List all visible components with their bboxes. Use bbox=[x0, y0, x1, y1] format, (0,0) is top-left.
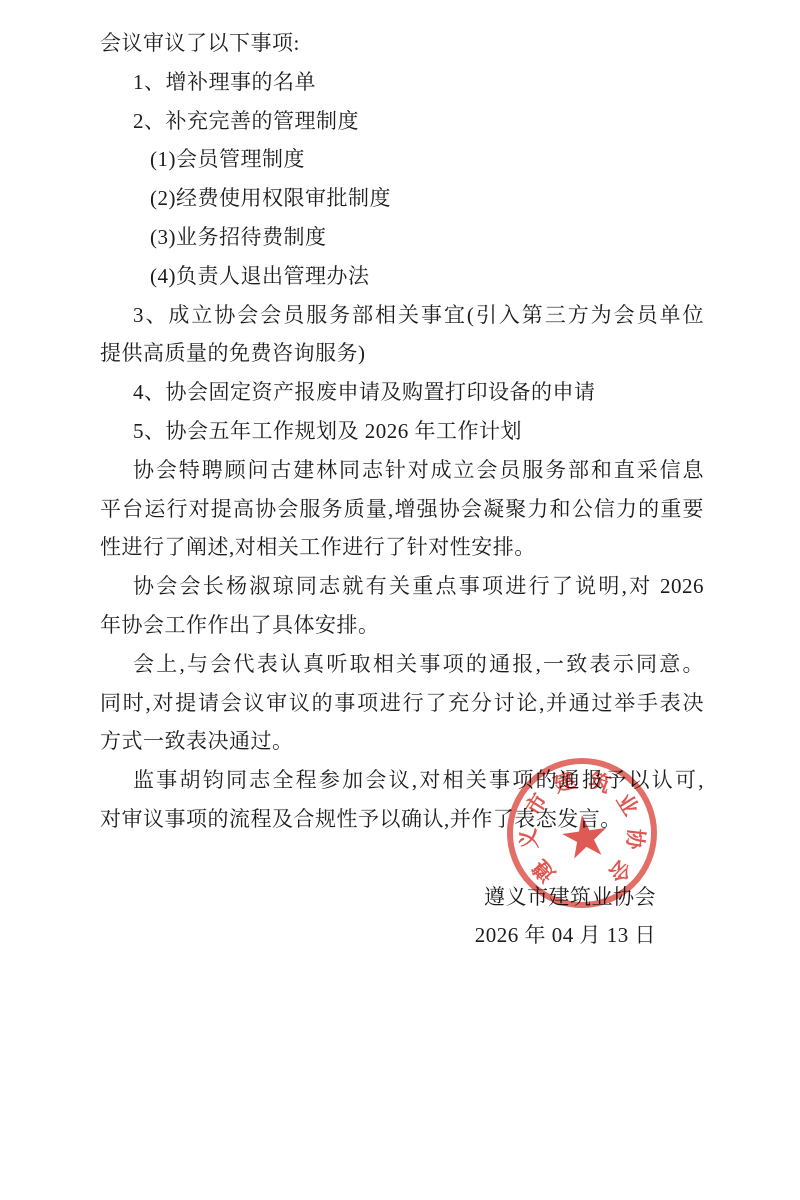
text-line: 同时,对提请会议审议的事项进行了充分讨论,并通过举手表决 bbox=[100, 684, 704, 723]
text-line: 平台运行对提高协会服务质量,增强协会凝聚力和公信力的重要 bbox=[100, 490, 704, 529]
text-line: (2)经费使用权限审批制度 bbox=[100, 179, 704, 218]
text-line: 监事胡钧同志全程参加会议,对相关事项的通报予以认可, bbox=[100, 761, 704, 800]
document-body: 会议审议了以下事项: 1、增补理事的名单 2、补充完善的管理制度 (1)会员管理… bbox=[100, 24, 704, 955]
text-line: 2、补充完善的管理制度 bbox=[100, 102, 704, 141]
text-line: 年协会工作作出了具体安排。 bbox=[100, 606, 704, 645]
text-line: 协会特聘顾问古建林同志针对成立会员服务部和直采信息 bbox=[100, 451, 704, 490]
text-line: 提供高质量的免费咨询服务) bbox=[100, 334, 704, 373]
text-line: 1、增补理事的名单 bbox=[100, 63, 704, 102]
text-line: 性进行了阐述,对相关工作进行了针对性安排。 bbox=[100, 528, 704, 567]
text-line: 4、协会固定资产报废申请及购置打印设备的申请 bbox=[100, 373, 704, 412]
blank-line bbox=[100, 839, 704, 878]
text-line: 方式一致表决通过。 bbox=[100, 722, 704, 761]
text-line: (4)负责人退出管理办法 bbox=[100, 257, 704, 296]
document-page: 会议审议了以下事项: 1、增补理事的名单 2、补充完善的管理制度 (1)会员管理… bbox=[0, 0, 800, 1200]
text-line: 对审议事项的流程及合规性予以确认,并作了表态发言。 bbox=[100, 800, 704, 839]
text-line: (1)会员管理制度 bbox=[100, 140, 704, 179]
date-line: 2026 年 04 月 13 日 bbox=[100, 916, 704, 955]
text-line: 会议审议了以下事项: bbox=[100, 24, 704, 63]
text-line: 协会会长杨淑琼同志就有关重点事项进行了说明,对 2026 bbox=[100, 567, 704, 606]
text-line: 会上,与会代表认真听取相关事项的通报,一致表示同意。 bbox=[100, 645, 704, 684]
text-line: 5、协会五年工作规划及 2026 年工作计划 bbox=[100, 412, 704, 451]
text-line: (3)业务招待费制度 bbox=[100, 218, 704, 257]
text-line: 3、成立协会会员服务部相关事宜(引入第三方为会员单位 bbox=[100, 296, 704, 335]
signature: 遵义市建筑业协会 bbox=[100, 878, 704, 917]
